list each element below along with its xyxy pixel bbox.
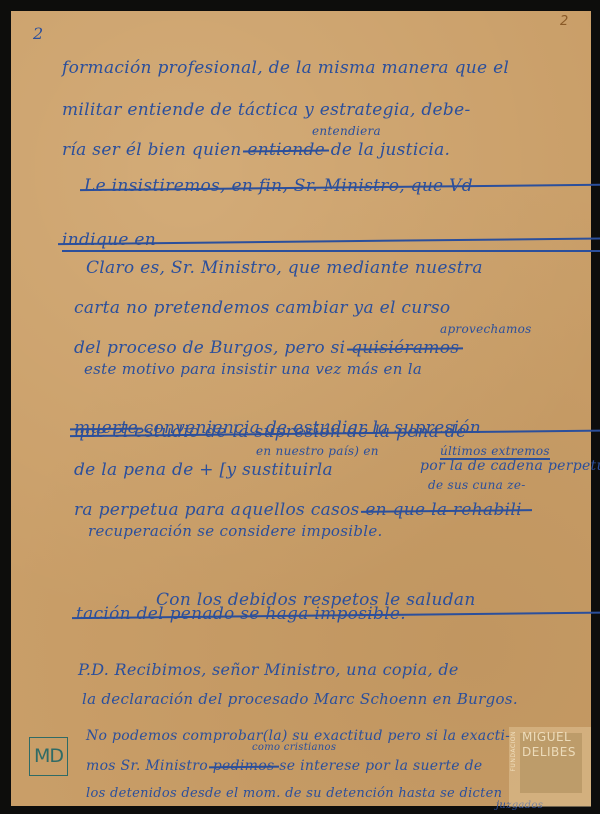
corner-mark: 2 [33, 24, 43, 43]
ps-line-5-end: se dicten [440, 786, 502, 801]
line-3: ría ser él bien quien entiende de la jus… [62, 140, 450, 160]
line-claro: Claro es, Sr. Ministro, que mediante nue… [86, 258, 483, 278]
ps-line-5-text: los detenidos desde el mom. de su detenc… [86, 786, 436, 801]
watermark-line-2: DELIBES [522, 745, 576, 759]
line-carta: carta no pretendemos cambiar ya el curso [74, 298, 450, 318]
line-recuperacion: recuperación se considere imposible. [88, 522, 383, 540]
watermark-line-1: MIGUEL [522, 730, 571, 744]
struck-line: indique en [62, 230, 600, 252]
line-cadena: por la de cadena perpetua] [420, 458, 600, 474]
insertion-cuna: de sus cuna ze- [428, 478, 526, 492]
ps-line-4: mos Sr. Ministro pedimos se interese por… [86, 758, 482, 774]
line-1: formación profesional, de la misma maner… [62, 58, 509, 78]
line-perpetua: ra perpetua para aquellos casos en que l… [74, 500, 528, 520]
line-perpetua-text: ra perpetua para aquellos casos [74, 500, 360, 520]
struck-word: quisiéramos [351, 338, 459, 358]
line-3-end: de la justicia. [331, 140, 451, 160]
md-stamp: MD [29, 737, 68, 776]
line-conveniencia: muerte conveniencia de estudiar la supre… [74, 418, 481, 438]
line-2: militar entiende de táctica y estrategia… [62, 100, 471, 120]
ps-line-5: los detenidos desde el mom. de su detenc… [86, 786, 502, 801]
line-motivo: este motivo para insistir una vez más en… [84, 360, 422, 378]
line-proceso: del proceso de Burgos, pero si quisiéram… [74, 338, 459, 358]
manuscript-page [11, 11, 591, 806]
insertion-aprovechamos: aprovechamos [440, 322, 532, 336]
struck-word: muerte [74, 418, 138, 438]
line-pena: de la pena de + [y sustituirla [74, 460, 333, 480]
closing: Con los debidos respetos le saludan [156, 590, 476, 610]
line-3-text: ría ser él bien quien [62, 140, 242, 160]
insertion-cristianos: como cristianos [252, 742, 336, 753]
line-proceso-text: del proceso de Burgos, pero si [74, 338, 345, 358]
ps-line-2: la declaración del procesado Marc Schoen… [82, 690, 518, 708]
ps-line-1: P.D. Recibimos, señor Ministro, una copi… [78, 660, 459, 679]
struck-word: en que la rehabili- [365, 500, 528, 520]
line-conveniencia-text: conveniencia de estudiar la supresión [144, 418, 481, 438]
struck-word: entiende [247, 140, 325, 160]
struck-word: pedimos [213, 758, 275, 774]
foundation-watermark: FUNDACIÓN MIGUEL DELIBES [509, 727, 591, 807]
ps-line-4-end: se interese por la suerte de [279, 758, 482, 774]
insertion-pais: en nuestro país) en [256, 444, 379, 458]
struck-line: Le insistiremos, en fin, Sr. Ministro, q… [84, 176, 600, 196]
ps-line-4-text: mos Sr. Ministro [86, 758, 208, 774]
watermark-vertical: FUNDACIÓN [510, 731, 517, 772]
page-number: 2 [560, 14, 568, 29]
insertion-entendiera: entendiera [312, 124, 381, 138]
